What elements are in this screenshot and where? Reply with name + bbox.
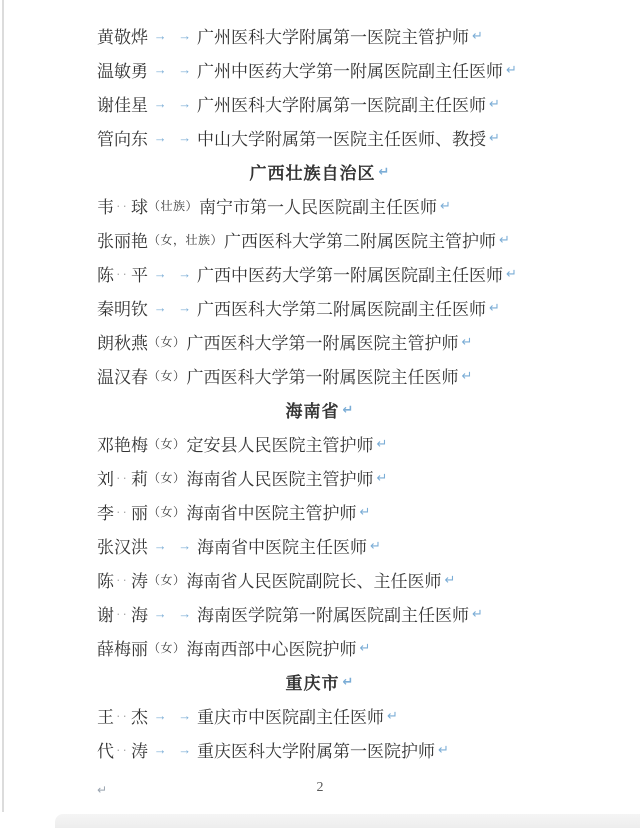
- return-mark-icon: ↵: [440, 199, 451, 212]
- tab-arrow-icon: →: [154, 539, 167, 552]
- person-entry: 韦··球（壮族）南宁市第一人民医院副主任医师↵: [97, 188, 543, 222]
- person-name-char: 陈: [97, 567, 114, 592]
- person-name-char: 球: [131, 193, 148, 218]
- person-entry: 刘··莉（女）海南省人民医院主管护师↵: [97, 460, 543, 494]
- person-entry: 温敏勇→→广州中医药大学第一附属医院副主任医师↵: [97, 52, 543, 86]
- return-mark-icon: ↵: [360, 641, 371, 654]
- space-marks-icon: ··: [116, 607, 129, 620]
- person-entry: 张汉洪→→海南省中医院主任医师↵: [97, 528, 543, 562]
- person-affiliation: 中山大学附属第一医院主任医师、教授: [197, 125, 486, 150]
- space-marks-icon: ··: [116, 505, 129, 518]
- person-affiliation: 重庆医科大学附属第一医院护师: [197, 737, 435, 762]
- person-name: 代··涛: [97, 737, 148, 762]
- section-header-label: 广西壮族自治区: [250, 159, 376, 184]
- tab-marks: →→: [148, 267, 197, 280]
- person-entry: 张丽艳（女，壮族）广西医科大学第二附属医院主管护师↵: [97, 222, 543, 256]
- person-annotation: （女）: [148, 435, 186, 452]
- section-header: 广西壮族自治区↵: [97, 154, 543, 188]
- person-annotation: （女）: [148, 639, 186, 656]
- person-entry: 温汉春（女）广西医科大学第一附属医院主任医师↵: [97, 358, 543, 392]
- page-footer: ↵ 2: [97, 780, 543, 800]
- person-name: 陈··涛: [97, 567, 148, 592]
- person-name-char: 莉: [131, 465, 148, 490]
- person-annotation: （壮族）: [148, 197, 198, 214]
- person-affiliation: 海南省人民医院副院长、主任医师: [187, 567, 442, 592]
- person-affiliation: 广西医科大学第二附属医院副主任医师: [197, 295, 486, 320]
- tab-arrow-icon: →: [178, 743, 191, 756]
- return-mark-icon: ↵: [379, 165, 391, 178]
- person-entry: 谢佳星→→广州医科大学附属第一医院副主任医师↵: [97, 86, 543, 120]
- person-name-char: 涛: [131, 737, 148, 762]
- tab-arrow-icon: →: [154, 709, 167, 722]
- person-entry: 秦明钦→→广西医科大学第二附属医院副主任医师↵: [97, 290, 543, 324]
- person-entry: 陈··涛（女）海南省人民医院副院长、主任医师↵: [97, 562, 543, 596]
- return-mark-icon: ↵: [489, 97, 500, 110]
- person-name: 薛梅丽: [97, 635, 148, 660]
- entry-list: 黄敬烨→→广州医科大学附属第一医院主管护师↵温敏勇→→广州中医药大学第一附属医院…: [97, 18, 543, 766]
- person-name: 陈··平: [97, 261, 148, 286]
- return-mark-icon: ↵: [489, 131, 500, 144]
- return-mark-icon: ↵: [370, 539, 381, 552]
- page-number: 2: [97, 780, 543, 796]
- tab-arrow-icon: →: [178, 63, 191, 76]
- person-affiliation: 重庆市中医院副主任医师: [197, 703, 384, 728]
- tab-arrow-icon: →: [154, 29, 167, 42]
- person-name-char: 杰: [131, 703, 148, 728]
- tab-arrow-icon: →: [154, 131, 167, 144]
- tab-arrow-icon: →: [154, 97, 167, 110]
- return-mark-icon: ↵: [387, 709, 398, 722]
- tab-marks: →→: [148, 607, 197, 620]
- person-affiliation: 广州医科大学附属第一医院副主任医师: [197, 91, 486, 116]
- tab-arrow-icon: →: [178, 301, 191, 314]
- page-bottom-edge: [55, 814, 640, 828]
- person-entry: 王··杰→→重庆市中医院副主任医师↵: [97, 698, 543, 732]
- tab-arrow-icon: →: [154, 267, 167, 280]
- person-name: 温敏勇: [97, 57, 148, 82]
- person-affiliation: 广州医科大学附属第一医院主管护师: [197, 23, 469, 48]
- person-annotation: （女）: [148, 503, 186, 520]
- section-header-label: 海南省: [286, 397, 340, 422]
- return-mark-icon: ↵: [438, 743, 449, 756]
- tab-arrow-icon: →: [178, 131, 191, 144]
- person-name: 谢佳星: [97, 91, 148, 116]
- person-name: 李··丽: [97, 499, 148, 524]
- person-affiliation: 海南省人民医院主管护师: [187, 465, 374, 490]
- person-name-char: 丽: [131, 499, 148, 524]
- tab-marks: →→: [148, 29, 197, 42]
- person-name: 王··杰: [97, 703, 148, 728]
- person-name: 朗秋燕: [97, 329, 148, 354]
- tab-arrow-icon: →: [178, 539, 191, 552]
- person-annotation: （女）: [148, 367, 186, 384]
- person-name: 黄敬烨: [97, 23, 148, 48]
- person-name-char: 海: [131, 601, 148, 626]
- person-name: 张丽艳: [97, 227, 148, 252]
- space-marks-icon: ··: [116, 743, 129, 756]
- tab-arrow-icon: →: [154, 743, 167, 756]
- tab-arrow-icon: →: [154, 607, 167, 620]
- person-entry: 朗秋燕（女）广西医科大学第一附属医院主管护师↵: [97, 324, 543, 358]
- page-left-edge: [2, 0, 4, 812]
- person-name: 谢··海: [97, 601, 148, 626]
- person-annotation: （女）: [148, 333, 186, 350]
- tab-marks: →→: [148, 743, 197, 756]
- tab-arrow-icon: →: [178, 29, 191, 42]
- person-affiliation: 海南省中医院主管护师: [187, 499, 357, 524]
- person-affiliation: 海南西部中心医院护师: [187, 635, 357, 660]
- person-name-char: 陈: [97, 261, 114, 286]
- space-marks-icon: ··: [116, 573, 129, 586]
- person-entry: 李··丽（女）海南省中医院主管护师↵: [97, 494, 543, 528]
- person-entry: 管向东→→中山大学附属第一医院主任医师、教授↵: [97, 120, 543, 154]
- space-marks-icon: ··: [116, 709, 129, 722]
- return-mark-icon: ↵: [506, 267, 517, 280]
- tab-marks: →→: [148, 97, 197, 110]
- person-name: 管向东: [97, 125, 148, 150]
- person-entry: 代··涛→→重庆医科大学附属第一医院护师↵: [97, 732, 543, 766]
- return-mark-icon: ↵: [489, 301, 500, 314]
- person-affiliation: 南宁市第一人民医院副主任医师: [199, 193, 437, 218]
- tab-arrow-icon: →: [178, 267, 191, 280]
- return-mark-icon: ↵: [343, 403, 355, 416]
- person-name-char: 涛: [131, 567, 148, 592]
- person-name-char: 谢: [97, 601, 114, 626]
- return-mark-icon: ↵: [462, 369, 473, 382]
- person-affiliation: 海南省中医院主任医师: [197, 533, 367, 558]
- tab-marks: →→: [148, 301, 197, 314]
- person-name: 温汉春: [97, 363, 148, 388]
- person-affiliation: 海南医学院第一附属医院副主任医师: [197, 601, 469, 626]
- space-marks-icon: ··: [116, 267, 129, 280]
- return-mark-icon: ↵: [445, 573, 456, 586]
- person-affiliation: 广西中医药大学第一附属医院副主任医师: [197, 261, 503, 286]
- return-mark-icon: ↵: [462, 335, 473, 348]
- person-entry: 谢··海→→海南医学院第一附属医院副主任医师↵: [97, 596, 543, 630]
- tab-arrow-icon: →: [178, 709, 191, 722]
- person-entry: 陈··平→→广西中医药大学第一附属医院副主任医师↵: [97, 256, 543, 290]
- person-name-char: 王: [97, 703, 114, 728]
- person-affiliation: 广西医科大学第一附属医院主管护师: [187, 329, 459, 354]
- person-name: 韦··球: [97, 193, 148, 218]
- return-mark-icon: ↵: [472, 607, 483, 620]
- person-name: 秦明钦: [97, 295, 148, 320]
- person-name-char: 平: [131, 261, 148, 286]
- person-name: 刘··莉: [97, 465, 148, 490]
- space-marks-icon: ··: [116, 471, 129, 484]
- tab-marks: →→: [148, 709, 197, 722]
- person-name-char: 代: [97, 737, 114, 762]
- person-name: 张汉洪: [97, 533, 148, 558]
- tab-marks: →→: [148, 63, 197, 76]
- person-affiliation: 定安县人民医院主管护师: [187, 431, 374, 456]
- person-annotation: （女，壮族）: [148, 231, 223, 248]
- person-affiliation: 广西医科大学第一附属医院主任医师: [187, 363, 459, 388]
- person-entry: 黄敬烨→→广州医科大学附属第一医院主管护师↵: [97, 18, 543, 52]
- section-header-label: 重庆市: [286, 669, 340, 694]
- return-mark-icon: ↵: [377, 437, 388, 450]
- person-name: 邓艳梅: [97, 431, 148, 456]
- tab-marks: →→: [148, 539, 197, 552]
- document-page: 黄敬烨→→广州医科大学附属第一医院主管护师↵温敏勇→→广州中医药大学第一附属医院…: [0, 0, 640, 828]
- return-mark-icon: ↵: [377, 471, 388, 484]
- person-name-char: 刘: [97, 465, 114, 490]
- section-header: 重庆市↵: [97, 664, 543, 698]
- person-name-char: 韦: [97, 193, 114, 218]
- return-mark-icon: ↵: [472, 29, 483, 42]
- tab-arrow-icon: →: [154, 301, 167, 314]
- space-marks-icon: ··: [116, 199, 129, 212]
- person-annotation: （女）: [148, 469, 186, 486]
- tab-arrow-icon: →: [178, 607, 191, 620]
- tab-marks: →→: [148, 131, 197, 144]
- return-mark-icon: ↵: [360, 505, 371, 518]
- person-name-char: 李: [97, 499, 114, 524]
- tab-arrow-icon: →: [178, 97, 191, 110]
- person-affiliation: 广西医科大学第二附属医院主管护师: [224, 227, 496, 252]
- person-annotation: （女）: [148, 571, 186, 588]
- person-entry: 薛梅丽（女）海南西部中心医院护师↵: [97, 630, 543, 664]
- return-mark-icon: ↵: [506, 63, 517, 76]
- tab-arrow-icon: →: [154, 63, 167, 76]
- return-mark-icon: ↵: [499, 233, 510, 246]
- section-header: 海南省↵: [97, 392, 543, 426]
- person-affiliation: 广州中医药大学第一附属医院副主任医师: [197, 57, 503, 82]
- person-entry: 邓艳梅（女）定安县人民医院主管护师↵: [97, 426, 543, 460]
- return-mark-icon: ↵: [343, 675, 355, 688]
